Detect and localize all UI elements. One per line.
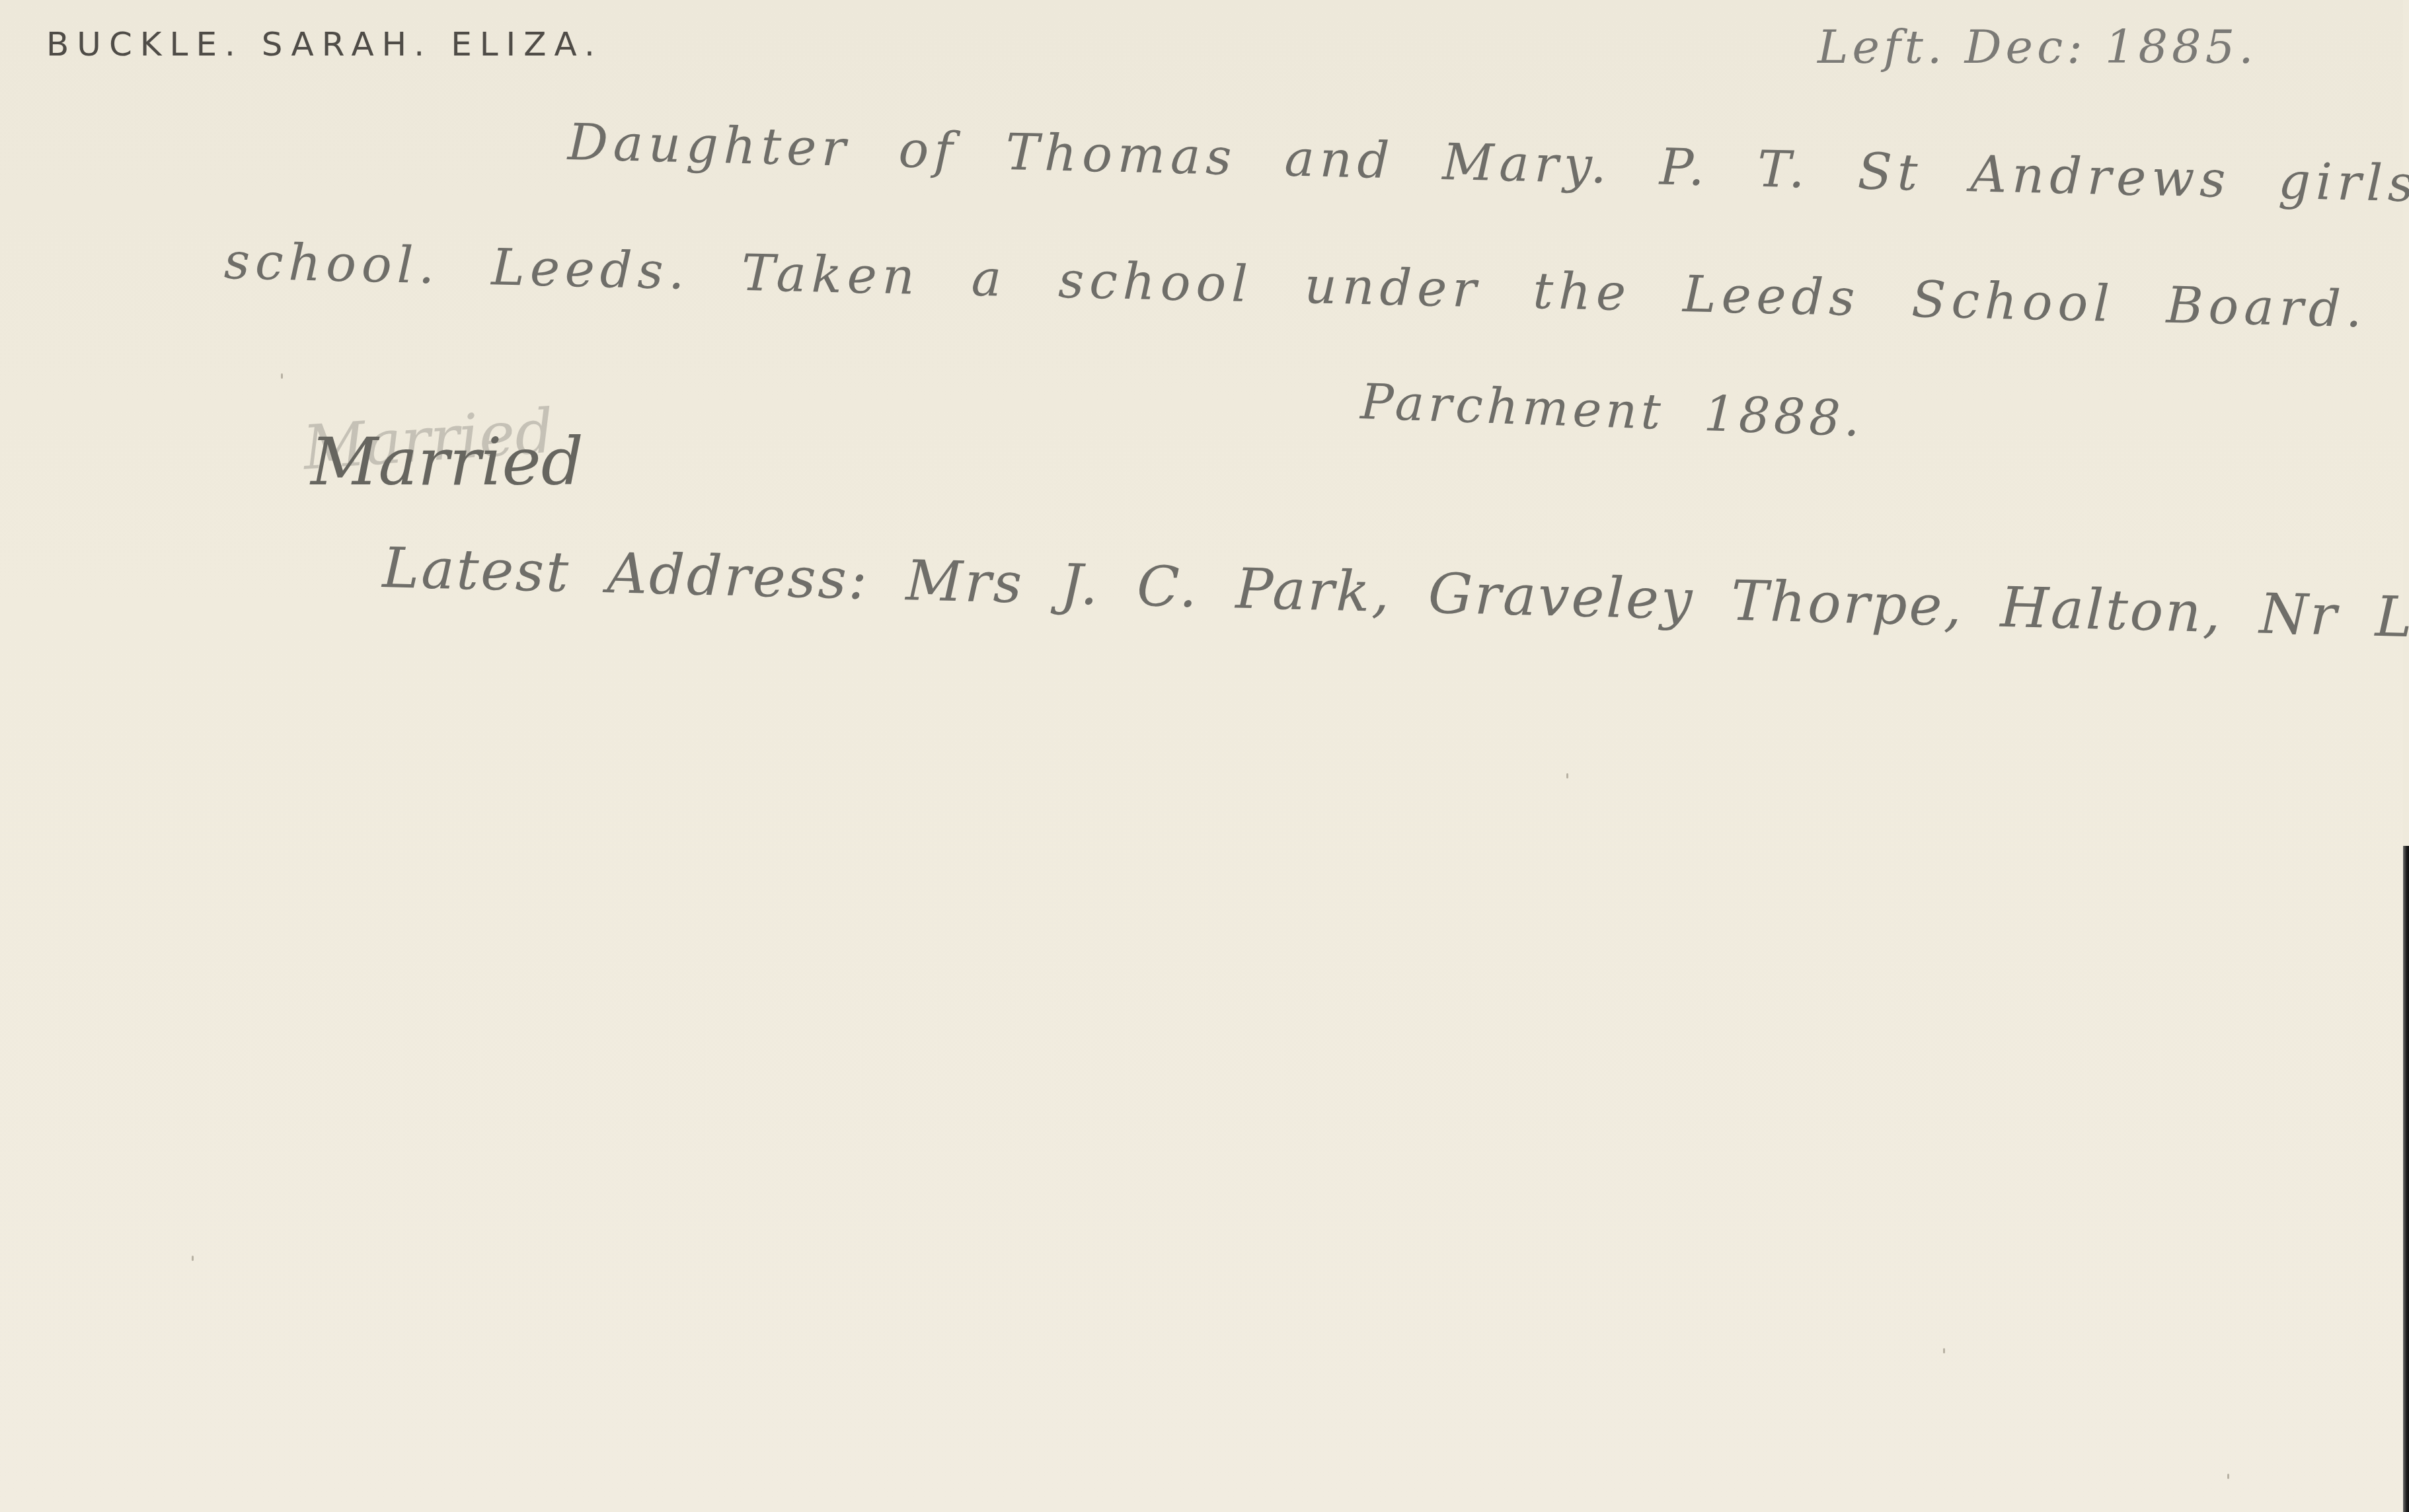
scan-edge-shadow: [2403, 846, 2409, 1512]
record-card: BUCKLE. SARAH. ELIZA. Left. Dec: 1885. D…: [0, 0, 2403, 1512]
left-date: Left. Dec: 1885.: [1817, 20, 2257, 74]
paper-speck: [1566, 773, 1568, 778]
address-label: Latest Address:: [382, 535, 870, 612]
married-note: Married: [311, 423, 584, 500]
paper-speck: [1943, 1348, 1945, 1353]
biography-line-1: Daughter of Thomas and Mary. P. T. St An…: [567, 112, 2409, 213]
biography-line-2: school. Leeds. Taken a school under the …: [223, 231, 2368, 339]
latest-address: Latest Address: Mrs J. C. Park, Graveley…: [382, 535, 2409, 654]
student-name: BUCKLE. SARAH. ELIZA.: [46, 25, 603, 63]
paper-speck: [281, 373, 283, 379]
address-value: Mrs J. C. Park, Graveley Thorpe, Halton,…: [905, 548, 2409, 654]
paper-speck: [192, 1256, 194, 1261]
paper-speck: [2227, 1474, 2229, 1479]
parchment-note: Parchment 1888.: [1359, 373, 1864, 448]
